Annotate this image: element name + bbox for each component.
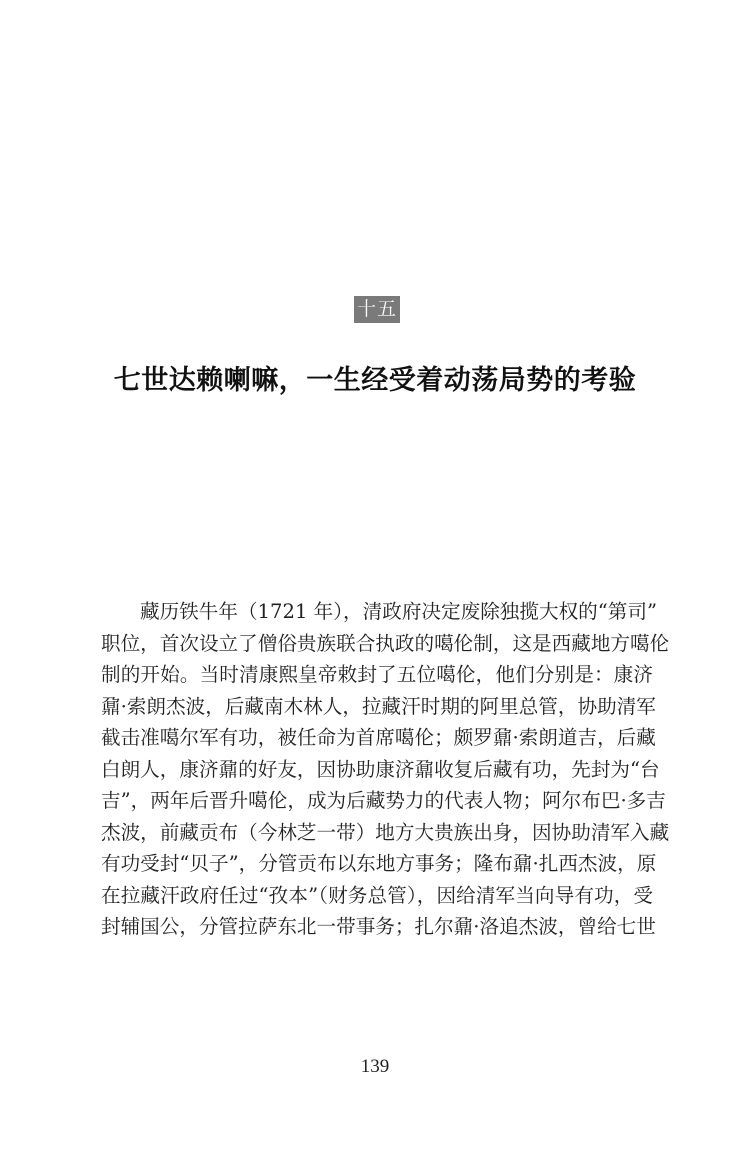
- chapter-number-badge: 十五: [354, 296, 400, 323]
- text-line: 在拉藏汗政府任过“孜本”（财务总管），因给清军当向导有功，受: [101, 880, 653, 912]
- text-line: 有功受封“贝子”，分管贡布以东地方事务；隆布鼐·扎西杰波，原: [101, 848, 653, 880]
- body-paragraph: 藏历铁牛年（1721 年），清政府决定废除独揽大权的“第司” 职位，首次设立了僧…: [101, 596, 653, 943]
- text-line: 截击准噶尔军有功，被任命为首席噶伦；颇罗鼐·索朗道吉，后藏: [101, 722, 653, 754]
- chapter-title: 七世达赖喇嘛，一生经受着动荡局势的考验: [0, 361, 750, 401]
- text-line: 杰波，前藏贡布（今林芝一带）地方大贵族出身，因协助清军入藏: [101, 817, 653, 849]
- text-line: 白朗人，康济鼐的好友，因协助康济鼐收复后藏有功，先封为“台: [101, 754, 653, 786]
- text-line: 封辅国公，分管拉萨东北一带事务；扎尔鼐·洛追杰波，曾给七世: [101, 911, 653, 943]
- text-line: 职位，首次设立了僧俗贵族联合执政的噶伦制，这是西藏地方噶伦: [101, 628, 653, 660]
- text-line: 鼐·索朗杰波，后藏南木林人，拉藏汗时期的阿里总管，协助清军: [101, 691, 653, 723]
- text-line: 吉”，两年后晋升噶伦，成为后藏势力的代表人物；阿尔布巴·多吉: [101, 785, 653, 817]
- text-line: 制的开始。当时清康熙皇帝敕封了五位噶伦，他们分别是：康济: [101, 659, 653, 691]
- text-line: 藏历铁牛年（1721 年），清政府决定废除独揽大权的“第司”: [101, 596, 653, 628]
- page-number: 139: [0, 1056, 750, 1078]
